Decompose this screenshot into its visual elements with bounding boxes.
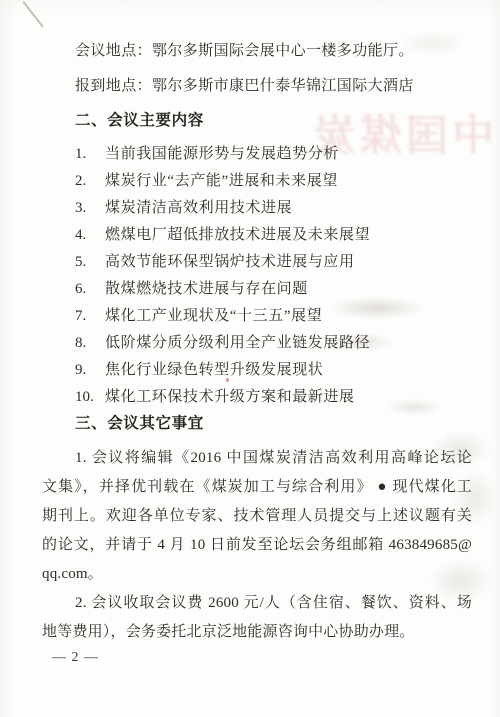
- agenda-item-text: 燃煤电厂超低排放技术进展及未来展望: [105, 224, 370, 246]
- paragraph-line: 的论文，并请于 4 月 10 日前发至论坛会务组邮箱 463849685@: [42, 531, 472, 560]
- agenda-item-text: 焦化行业绿色转型升级发展现状: [105, 359, 323, 381]
- document-body: 会议地点：鄂尔多斯国际会展中心一楼多功能厅。 报到地点：鄂尔多斯市康巴什泰华锦江…: [42, 40, 472, 647]
- other-matters-paragraph-2: 2. 会议收取会议费 2600 元/人（含住宿、餐饮、资料、场 地等费用），会务…: [42, 589, 472, 647]
- agenda-item: 10. 煤化工环保技术升级方案和最新进展: [42, 386, 472, 408]
- agenda-item: 6. 散煤燃烧技术进展与存在问题: [42, 278, 472, 300]
- agenda-item-number: 7.: [75, 305, 105, 327]
- agenda-list: 1. 当前我国能源形势与发展趋势分析 2. 煤炭行业“去产能”进展和未来展望 3…: [42, 143, 472, 408]
- agenda-item-number: 3.: [75, 197, 105, 219]
- paragraph-line: 1. 会议将编辑《2016 中国煤炭清洁高效利用高峰论坛论: [42, 444, 472, 473]
- agenda-item-number: 9.: [75, 359, 105, 381]
- agenda-item-number: 1.: [75, 143, 105, 165]
- agenda-item-number: 5.: [75, 251, 105, 273]
- agenda-item-number: 8.: [75, 332, 105, 354]
- agenda-item-number: 6.: [75, 278, 105, 300]
- agenda-item: 1. 当前我国能源形势与发展趋势分析: [42, 143, 472, 165]
- agenda-item: 9. 焦化行业绿色转型升级发展现状: [42, 359, 472, 381]
- agenda-item-text: 高效节能环保型锅炉技术进展与应用: [105, 251, 355, 273]
- agenda-item-text: 散煤燃烧技术进展与存在问题: [105, 278, 308, 300]
- agenda-item: 8. 低阶煤分质分级利用全产业链发展路径: [42, 332, 472, 354]
- agenda-item: 2. 煤炭行业“去产能”进展和未来展望: [42, 170, 472, 192]
- agenda-item-text: 煤化工环保技术升级方案和最新进展: [105, 386, 355, 408]
- scanned-document-page: 中国煤炭 会议地点：鄂尔多斯国际会展中心一楼多功能厅。 报到地点：鄂尔多斯市康巴…: [0, 0, 500, 717]
- page-number: — 2 —: [52, 650, 99, 666]
- agenda-item-text: 低阶煤分质分级利用全产业链发展路径: [105, 332, 370, 354]
- paragraph-line: 文集》，并择优刊载在《煤炭加工与综合利用》 ● 现代煤化工: [42, 473, 472, 502]
- agenda-item-number: 10.: [75, 386, 105, 408]
- paragraph-line: 2. 会议收取会议费 2600 元/人（含住宿、餐饮、资料、场: [42, 589, 472, 618]
- scan-corner-line-artifact: [22, 1, 43, 27]
- meeting-venue-line: 会议地点：鄂尔多斯国际会展中心一楼多功能厅。: [42, 40, 472, 62]
- agenda-item: 7. 煤化工产业现状及“十三五”展望: [42, 305, 472, 327]
- checkin-venue-line: 报到地点：鄂尔多斯市康巴什泰华锦江国际大酒店: [42, 75, 472, 97]
- agenda-item-text: 当前我国能源形势与发展趋势分析: [105, 143, 339, 165]
- agenda-item: 4. 燃煤电厂超低排放技术进展及未来展望: [42, 224, 472, 246]
- agenda-item-text: 煤炭行业“去产能”进展和未来展望: [105, 170, 338, 192]
- agenda-item-text: 煤炭清洁高效利用技术进展: [105, 197, 292, 219]
- agenda-item-number: 2.: [75, 170, 105, 192]
- agenda-item: 3. 煤炭清洁高效利用技术进展: [42, 197, 472, 219]
- other-matters-paragraph-1: 1. 会议将编辑《2016 中国煤炭清洁高效利用高峰论坛论 文集》，并择优刊载在…: [42, 444, 472, 589]
- paragraph-line: qq.com。: [42, 560, 472, 589]
- agenda-item-number: 4.: [75, 224, 105, 246]
- section-3-heading: 三、会议其它事宜: [42, 413, 472, 435]
- agenda-item: 5. 高效节能环保型锅炉技术进展与应用: [42, 251, 472, 273]
- paragraph-line: 期刊上。欢迎各单位专家、技术管理人员提交与上述议题有关: [42, 502, 472, 531]
- agenda-item-text: 煤化工产业现状及“十三五”展望: [105, 305, 322, 327]
- section-2-heading: 二、会议主要内容: [42, 110, 472, 132]
- paragraph-line: 地等费用），会务委托北京泛地能源咨询中心协助办理。: [42, 618, 472, 647]
